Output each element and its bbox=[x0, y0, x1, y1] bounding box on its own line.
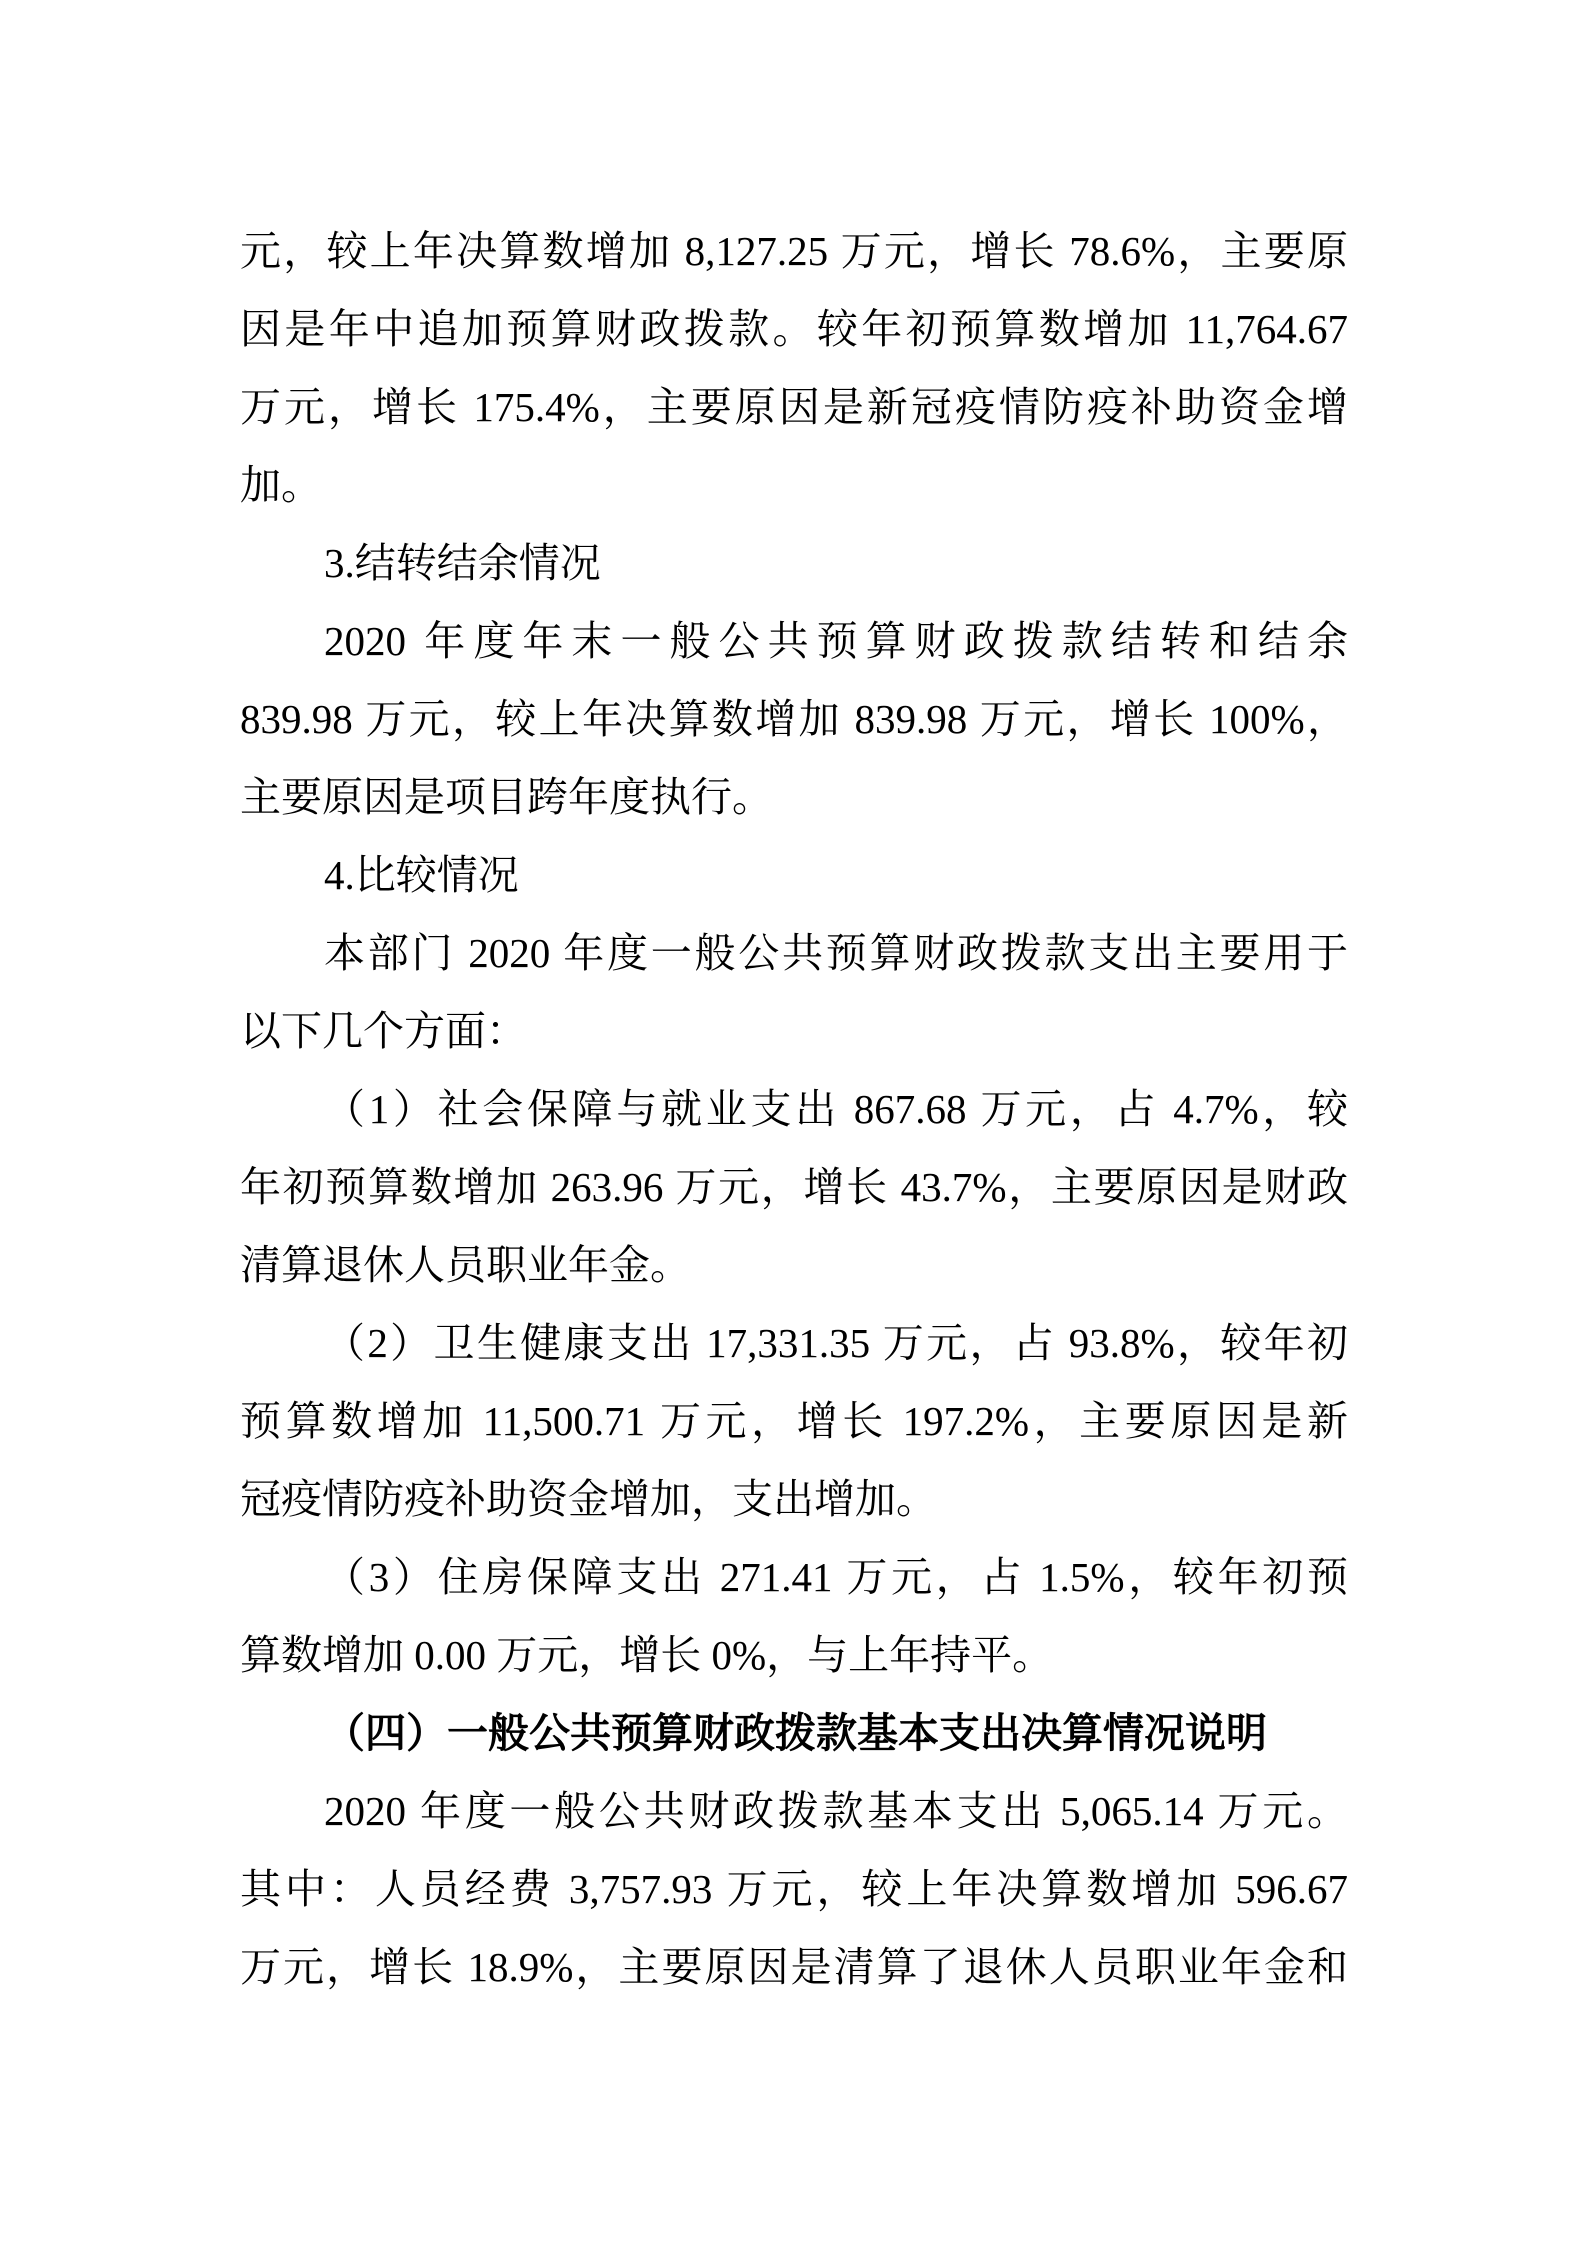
text-line: 万元，增长 175.4%，主要原因是新冠疫情防疫补助资金增 bbox=[240, 368, 1348, 446]
text-line: 2020 年度年末一般公共预算财政拨款结转和结余 bbox=[240, 602, 1348, 680]
text-line: 万元，增长 18.9%，主要原因是清算了退休人员职业年金和 bbox=[240, 1928, 1348, 2006]
text-line: 其中：人员经费 3,757.93 万元，较上年决算数增加 596.67 bbox=[240, 1850, 1348, 1928]
text-line: 清算退休人员职业年金。 bbox=[240, 1226, 1348, 1304]
text-line-item-3: （3）住房保障支出 271.41 万元，占 1.5%，较年初预 bbox=[240, 1538, 1348, 1616]
text-line: 年初预算数增加 263.96 万元，增长 43.7%，主要原因是财政 bbox=[240, 1148, 1348, 1226]
text-line: 加。 bbox=[240, 446, 1348, 524]
section-heading-four: （四）一般公共预算财政拨款基本支出决算情况说明 bbox=[240, 1694, 1348, 1772]
document-text-block: 元，较上年决算数增加 8,127.25 万元，增长 78.6%，主要原 因是年中… bbox=[240, 212, 1348, 2006]
text-line: 以下几个方面： bbox=[240, 992, 1348, 1070]
text-line: 冠疫情防疫补助资金增加，支出增加。 bbox=[240, 1460, 1348, 1538]
text-line: 算数增加 0.00 万元，增长 0%，与上年持平。 bbox=[240, 1616, 1348, 1694]
text-line: 元，较上年决算数增加 8,127.25 万元，增长 78.6%，主要原 bbox=[240, 212, 1348, 290]
text-line: 本部门 2020 年度一般公共预算财政拨款支出主要用于 bbox=[240, 914, 1348, 992]
text-line: 839.98 万元，较上年决算数增加 839.98 万元，增长 100%， bbox=[240, 680, 1348, 758]
text-line: 2020 年度一般公共财政拨款基本支出 5,065.14 万元。 bbox=[240, 1772, 1348, 1850]
text-line: 因是年中追加预算财政拨款。较年初预算数增加 11,764.67 bbox=[240, 290, 1348, 368]
section-heading-3: 3.结转结余情况 bbox=[240, 524, 1348, 602]
text-line: 预算数增加 11,500.71 万元，增长 197.2%，主要原因是新 bbox=[240, 1382, 1348, 1460]
document-page: 元，较上年决算数增加 8,127.25 万元，增长 78.6%，主要原 因是年中… bbox=[0, 0, 1588, 2245]
text-line-item-2: （2）卫生健康支出 17,331.35 万元，占 93.8%，较年初 bbox=[240, 1304, 1348, 1382]
text-line: 主要原因是项目跨年度执行。 bbox=[240, 758, 1348, 836]
text-line-item-1: （1）社会保障与就业支出 867.68 万元，占 4.7%，较 bbox=[240, 1070, 1348, 1148]
section-heading-4: 4.比较情况 bbox=[240, 836, 1348, 914]
